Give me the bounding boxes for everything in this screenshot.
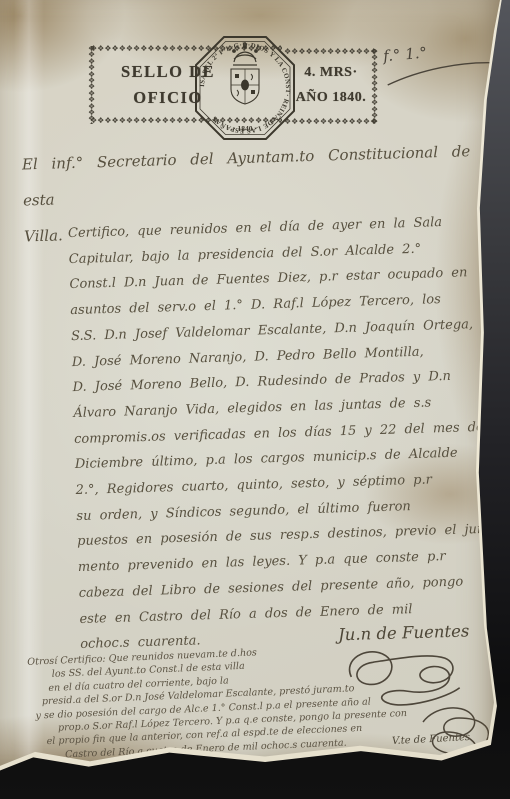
certificate-body: Certifico, que reunidos en el día de aye…: [68, 209, 491, 658]
paper-page: ❖❖❖❖❖❖❖❖❖❖❖❖❖❖❖❖❖❖❖❖❖❖❖❖❖❖❖❖❖❖❖❖❖❖❖❖❖❖❖❖…: [0, 0, 500, 772]
document-scan: ❖❖❖❖❖❖❖❖❖❖❖❖❖❖❖❖❖❖❖❖❖❖❖❖❖❖❖❖❖❖❖❖❖❖❖❖❖❖❖❖…: [0, 0, 510, 799]
salutation-line: El inf.° Secretario del Ayuntam.to Const…: [21, 133, 475, 218]
